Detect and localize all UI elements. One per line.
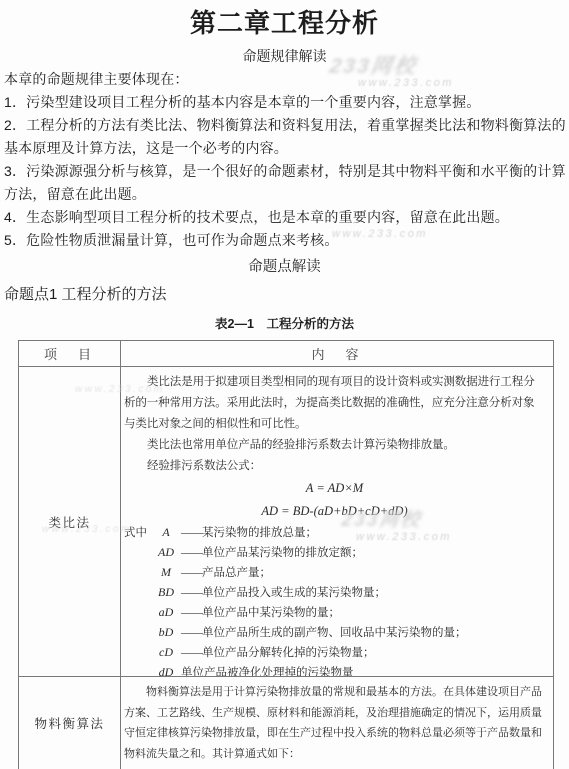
- variable-row: bD——单位产品所生成的副产物、回收品中某污染物的量；: [124, 623, 545, 643]
- formula-line-1: A = AD×M: [124, 477, 545, 500]
- variable-row: 式中A——某污染物的排放总量；: [124, 523, 545, 543]
- rule-item-4: 4．生态影响型项目工程分析的技术要点，也是本章的重要内容，留意在此出题。: [4, 206, 567, 229]
- method-content-mass-balance: 物料衡算法是用于计算污染物排放量的常规和最基本的方法。在具体建设项目产品方案、工…: [121, 677, 553, 769]
- variable-row: AD——单位产品某污染物的排放定额；: [124, 543, 545, 563]
- table-caption: 表2—1 工程分析的方法: [0, 316, 569, 333]
- rule-item-3: 3．污染源源强分析与核算，是一个很好的命题素材，特别是其中物料平衡和水平衡的计算…: [4, 160, 567, 206]
- document-page: 第二章工程分析 命题规律解读 本章的命题规律主要体现在： 1．污染型建设项目工程…: [0, 0, 569, 769]
- method-content-analogy: 类比法是用于拟建项目类型相同的现有项目的设计资料或实测数据进行工程分析的一种常用…: [121, 367, 553, 676]
- table-header-item: 项 目: [19, 341, 121, 366]
- method-name-mass-balance: 物料衡算法: [19, 677, 121, 769]
- mass-balance-paragraph: 物料衡算法是用于计算污染物排放量的常规和最基本的方法。在具体建设项目产品方案、工…: [124, 682, 545, 764]
- method-name-analogy: 类比法: [19, 367, 121, 676]
- rule-section-heading: 命题规律解读: [0, 46, 569, 66]
- methods-table: 项 目 内 容 类比法 类比法是用于拟建项目类型相同的现有项目的设计资料或实测数…: [18, 340, 554, 769]
- formula-line-2: AD = BD-(aD+bD+cD+dD): [124, 500, 545, 523]
- point-section-heading: 命题点解读: [0, 256, 569, 279]
- variable-row: BD——单位产品投入或生成的某污染物量；: [124, 583, 545, 603]
- formula-intro: 经验排污系数法公式：: [124, 456, 545, 477]
- table-header-content: 内 容: [121, 341, 553, 366]
- point-heading: 命题点1 工程分析的方法: [4, 283, 569, 306]
- rule-item-5: 5．危险性物质泄漏量计算，也可作为命题点来考核。: [4, 229, 567, 252]
- rule-item-2: 2．工程分析的方法有类比法、物料衡算法和资料复用法，着重掌握类比法和物料衡算法的…: [4, 114, 567, 160]
- analogy-paragraph-2: 类比法也常用单位产品的经验排污系数去计算污染物排放量。: [124, 435, 545, 456]
- variable-row: cD——单位产品分解转化掉的污染物量；: [124, 643, 545, 663]
- variable-row: M——产品总产量；: [124, 563, 545, 583]
- table-row: 物料衡算法 物料衡算法是用于计算污染物排放量的常规和最基本的方法。在具体建设项目…: [19, 677, 553, 769]
- analogy-paragraph-1: 类比法是用于拟建项目类型相同的现有项目的设计资料或实测数据进行工程分析的一种常用…: [124, 372, 545, 435]
- intro-line: 本章的命题规律主要体现在：: [4, 68, 567, 91]
- table-row: 类比法 类比法是用于拟建项目类型相同的现有项目的设计资料或实测数据进行工程分析的…: [19, 367, 553, 677]
- where-label: 式中: [124, 524, 151, 543]
- table-header-row: 项 目 内 容: [19, 341, 553, 367]
- chapter-title: 第二章工程分析: [0, 6, 569, 40]
- rule-item-1: 1．污染型建设项目工程分析的基本内容是本章的一个重要内容，注意掌握。: [4, 91, 567, 114]
- variable-row: aD——单位产品中某污染物的量；: [124, 603, 545, 623]
- variable-row: dD单位产品被净化处理掉的污染物量: [124, 663, 545, 676]
